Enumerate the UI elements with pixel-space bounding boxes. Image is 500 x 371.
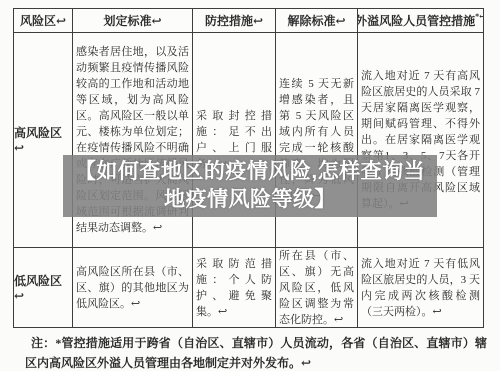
low-risk-spillover-text: 流入地对近 7 天有低风险区旅居史的人员，3 天内完成两次核酸检测（三天两检）。… (361, 256, 480, 320)
col-header-spillover: 外溢风险人员管控措施*↩ (358, 9, 484, 33)
low-risk-spillover-cell: 流入地对近 7 天有低风险区旅居史的人员，3 天内完成两次核酸检测（三天两检）。… (358, 248, 484, 328)
low-risk-measures-text: 采取防范措施：个人防护、避免聚集。↩ (196, 256, 272, 320)
col-header-risk-zone: 风险区↩ (14, 9, 73, 33)
col-header-risk-zone-label: 风险区↩ (20, 12, 66, 29)
low-risk-criteria-text: 高风险区所在县（市、区、旗）的其他地区为低风险区。↩ (76, 264, 189, 312)
col-header-criteria: 划定标准↩ (73, 9, 193, 33)
low-risk-release-text: 所在县（市、区、旗）无高风险区，低风险区调整为常态化防控。↩ (279, 248, 354, 328)
row-low-risk-zone-label: 低风险区↩ (14, 248, 73, 328)
watermark-line1: 【如何查地区的疫情风险,怎样查询当 (75, 158, 425, 186)
col-header-measures: 防控措施↩ (193, 9, 276, 33)
watermark-line2: 地疫情风险等级】 (164, 186, 336, 214)
low-risk-measures-cell: 采取防范措施：个人防护、避免聚集。↩ (193, 248, 276, 328)
watermark-banner: 【如何查地区的疫情风险,怎样查询当 地疫情风险等级】 (63, 155, 437, 217)
low-risk-criteria-cell: 高风险区所在县（市、区、旗）的其他地区为低风险区。↩ (73, 248, 193, 328)
col-header-release-label: 解除标准↩ (287, 12, 345, 29)
high-risk-zone-text: 高风险区↩ (14, 124, 72, 156)
low-risk-zone-text: 低风险区↩ (14, 272, 72, 304)
col-header-release: 解除标准↩ (276, 9, 358, 33)
col-header-spillover-label: 外溢风险人员管控措施 (358, 12, 475, 29)
footnote-asterisk-mark: *↩ (475, 11, 484, 21)
low-risk-release-cell: 所在县（市、区、旗）无高风险区，低风险区调整为常态化防控。↩ (276, 248, 358, 328)
col-header-measures-label: 防控措施↩ (205, 12, 263, 29)
table-footnote: 注：*管控措施适用于跨省（自治区、直辖市）人员流动，各省（自治区、直辖市）辖区内… (25, 333, 487, 371)
col-header-criteria-label: 划定标准↩ (103, 12, 161, 29)
